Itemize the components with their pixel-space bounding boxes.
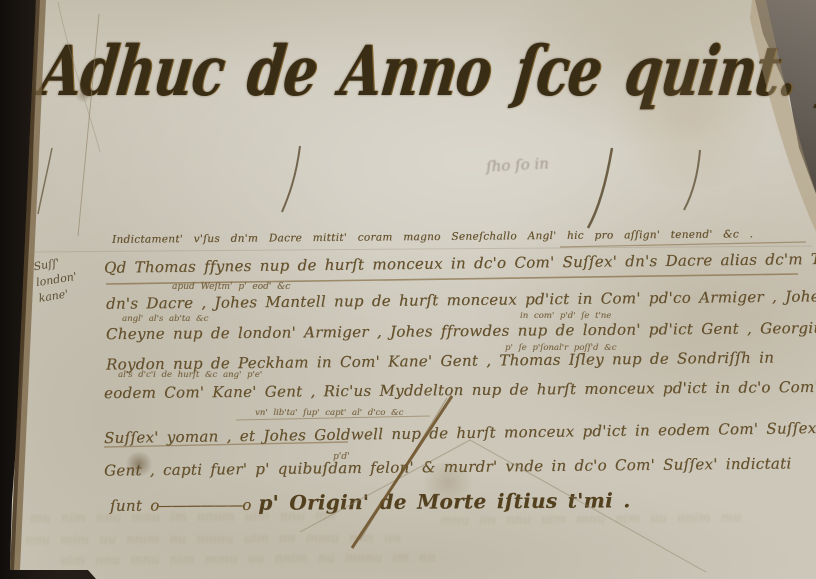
interlinear-insertion: in com' p'd' ſe t'ne	[520, 311, 611, 321]
interlinear-insertion: al's d'c'i de hurſt &c ang' p'e'	[118, 370, 262, 380]
manuscript-photo: Adhuc de Anno ſce quint. ffeymouy . ſho …	[0, 0, 816, 579]
marginal-note: Suſſ' london' kane'	[33, 253, 81, 307]
showthrough-line: mnu im nnu uim mnu nim uu nnim mu	[440, 510, 741, 528]
interlinear-insertion: apud Weſtm' p' eod' &c	[172, 282, 290, 292]
interlinear-insertion: angl' al's ab'ta &c	[122, 314, 208, 324]
showthrough-line: mu nim nnu mnu im nnum uim nnu mn	[30, 509, 336, 527]
interlinear-insertion: vn' lib'ta' ſup' capt' al' d'co &c	[255, 408, 403, 418]
interlinear-insertion: p' ſe p'ſonal'r poſſ'd &c	[505, 343, 616, 353]
faint-inscription: ſho ſo in	[486, 154, 550, 175]
showthrough-line: nnu mim uu nnim nu mnnu uim nn mmu nim u…	[25, 531, 401, 549]
gothic-heading: Adhuc de Anno ſce quint. ffeymouy .	[36, 31, 816, 112]
interlinear-insertion: p'd'	[333, 452, 349, 462]
